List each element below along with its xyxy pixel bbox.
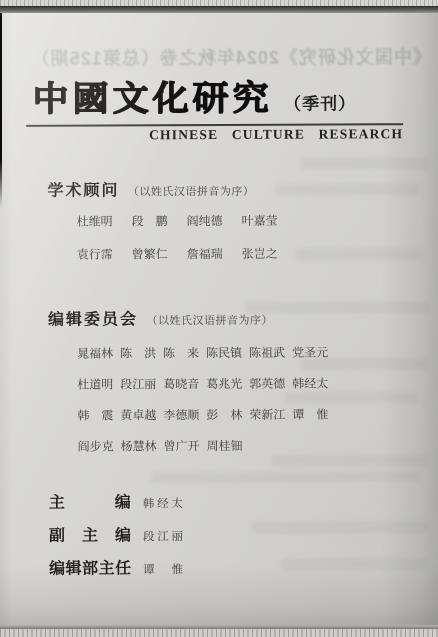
bleed-through-text: 《中国文化研究》2024年秋之卷（总第125期） (7, 43, 431, 71)
editorial-board-heading: 编辑委员会 (48, 311, 138, 328)
staff-role-label: 主编 (49, 493, 131, 513)
member-name: 韩震 (77, 408, 113, 423)
member-name: 葛晓音 (163, 377, 199, 392)
name-row: 韩震黄卓越李德顺彭林荣新江谭惟 (77, 407, 408, 423)
member-name: 葛兆光 (206, 377, 242, 392)
bleed-smudge (271, 454, 429, 467)
member-name: 詹福瑞 (187, 247, 223, 262)
member-name: 周桂钿 (207, 439, 243, 454)
scan-left-edge (0, 13, 2, 208)
member-name: 陈民镇 (206, 346, 242, 361)
journal-title-calligraphy: 中國文化研究 (32, 78, 272, 119)
page-content: 《中国文化研究》2024年秋之卷（总第125期） 中國文化研究 （季刊） CHI… (0, 12, 438, 626)
advisors-heading-row: 学术顾问 （以姓氏汉语拼音为序） (47, 176, 407, 198)
staff-person-name: 段江丽 (143, 526, 183, 546)
editorial-board-heading-row: 编辑委员会 （以姓氏汉语拼音为序） (48, 305, 408, 327)
member-name: 段江丽 (120, 377, 156, 392)
member-name: 袁行霈 (77, 247, 113, 262)
advisors-heading: 学术顾问 (47, 182, 119, 199)
staff-role-label: 副主编 (49, 526, 131, 546)
bleed-smudge (299, 157, 429, 170)
staff-list: 主编韩经太副主编段江丽编辑部主任谭惟 (49, 493, 183, 580)
edition-label: （季刊） (272, 89, 356, 118)
member-name: 杜维明 (77, 214, 113, 229)
bleed-smudge (281, 557, 429, 570)
member-name: 曾繁仁 (132, 247, 168, 262)
staff-row: 主编韩经太 (49, 493, 183, 514)
scanned-journal-page: 《中国文化研究》2024年秋之卷（总第125期） 中國文化研究 （季刊） CHI… (0, 0, 438, 637)
masthead: 中國文化研究 （季刊） (32, 76, 356, 119)
member-name: 陈祖武 (249, 346, 285, 361)
member-name: 黄卓越 (120, 408, 156, 423)
member-name: 张岂之 (242, 247, 278, 262)
member-name: 阎步克 (78, 439, 114, 454)
name-row: 阎步克杨慧林曾广开周桂钿 (78, 438, 409, 454)
member-name: 阎纯德 (187, 214, 223, 229)
member-name: 段鹏 (132, 214, 168, 229)
member-name: 杜道明 (77, 377, 113, 392)
member-name: 党圣元 (292, 346, 328, 361)
member-name: 杨慧林 (121, 439, 157, 454)
staff-row: 副主编段江丽 (49, 526, 183, 547)
member-name: 谭惟 (292, 408, 328, 423)
bleed-smudge (251, 521, 429, 534)
paper-surface: 《中国文化研究》2024年秋之卷（总第125期） 中國文化研究 （季刊） CHI… (0, 13, 438, 625)
advisors-section: 学术顾问 （以姓氏汉语拼音为序） 杜维明段鹏阎纯德叶嘉莹袁行霈曾繁仁詹福瑞张岂之 (47, 176, 407, 263)
editorial-board-name-list: 晁福林陈洪陈来陈民镇陈祖武党圣元杜道明段江丽葛晓音葛兆光郭英德韩经太韩震黄卓越李… (48, 345, 408, 455)
member-name: 晁福林 (77, 346, 113, 361)
name-row: 杜道明段江丽葛晓音葛兆光郭英德韩经太 (77, 376, 408, 392)
member-name: 郭英德 (249, 377, 285, 392)
advisors-sort-note: （以姓氏汉语拼音为序） (128, 185, 255, 199)
member-name: 荣新江 (249, 408, 285, 423)
book-binding-edge-bottom (0, 629, 438, 637)
advisors-name-list: 杜维明段鹏阎纯德叶嘉莹袁行霈曾繁仁詹福瑞张岂之 (48, 213, 408, 263)
member-name: 叶嘉莹 (242, 214, 278, 229)
staff-role-label: 编辑部主任 (49, 559, 131, 579)
bleed-smudge (151, 471, 421, 483)
member-name: 彭林 (206, 408, 242, 423)
editorial-board-section: 编辑委员会 （以姓氏汉语拼音为序） 晁福林陈洪陈来陈民镇陈祖武党圣元杜道明段江丽… (48, 305, 409, 455)
member-name: 韩经太 (292, 377, 328, 392)
member-name: 陈洪 (120, 346, 156, 361)
editorial-board-sort-note: （以姓氏汉语拼音为序） (146, 314, 273, 328)
name-row: 晁福林陈洪陈来陈民镇陈祖武党圣元 (77, 345, 408, 361)
staff-person-name: 韩经太 (143, 493, 183, 513)
member-name: 陈来 (163, 346, 199, 361)
staff-person-name: 谭惟 (143, 559, 183, 579)
member-name: 李德顺 (163, 408, 199, 423)
journal-title-english: CHINESE CULTURE RESEARCH (149, 126, 403, 143)
staff-row: 编辑部主任谭惟 (49, 559, 183, 580)
member-name: 曾广开 (164, 439, 200, 454)
name-row: 杜维明段鹏阎纯德叶嘉莹 (77, 213, 408, 229)
name-row: 袁行霈曾繁仁詹福瑞张岂之 (77, 246, 408, 262)
